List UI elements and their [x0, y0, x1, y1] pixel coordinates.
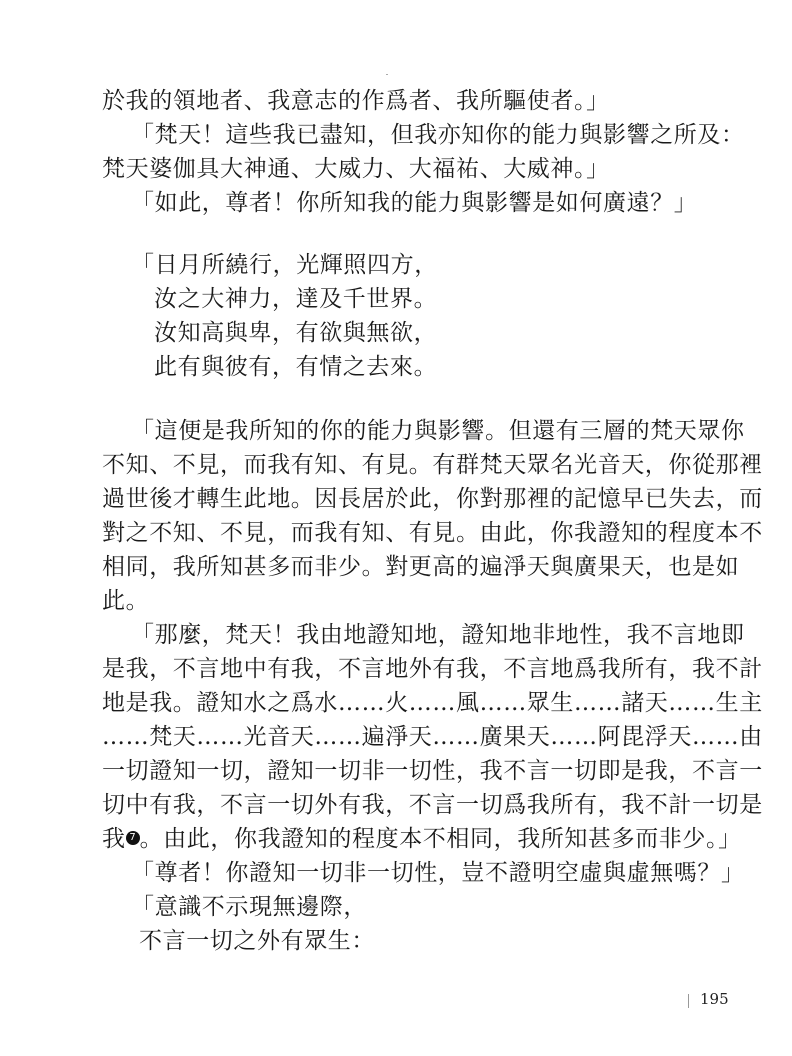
text-line: 「梵天！這些我已盡知，但我亦知你的能力與影響之所及： — [102, 118, 712, 152]
verse-line: 此有與彼有，有情之去來。 — [102, 350, 712, 384]
text-line: 「如此，尊者！你所知我的能力與影響是如何廣遠？」 — [102, 186, 712, 220]
text-line: 地是我。證知水之爲水……火……風……眾生……諸天……生主 — [102, 686, 712, 720]
text-line: ……梵天……光音天……遍淨天……廣果天……阿毘浮天……由 — [102, 720, 712, 754]
text-line: 相同，我所知甚多而非少。對更高的遍淨天與廣果天，也是如 — [102, 550, 712, 584]
text-line: 是我，不言地中有我，不言地外有我，不言地爲我所有，我不計 — [102, 652, 712, 686]
text-line: 對之不知、不見，而我有知、有見。由此，你我證知的程度本不 — [102, 516, 712, 550]
spacer — [102, 220, 712, 248]
text-line: 一切證知一切，證知一切非一切性，我不言一切即是我，不言一 — [102, 754, 712, 788]
verse-line: 「日月所繞行，光輝照四方， — [102, 248, 712, 282]
text-line: 於我的領地者、我意志的作爲者、我所驅使者。」 — [102, 84, 712, 118]
verse-line: 「意識不示現無邊際， — [102, 890, 712, 924]
text-line: 梵天婆伽具大神通、大威力、大福祐、大威神。」 — [102, 152, 712, 186]
spacer — [102, 384, 712, 414]
text-line: 「這便是我所知的你的能力與影響。但還有三層的梵天眾你 — [102, 414, 712, 448]
verse-line: 不言一切之外有眾生： — [102, 924, 712, 958]
text-line: 此。 — [102, 584, 712, 618]
text-fragment: 我 — [102, 826, 126, 852]
scan-speck — [386, 74, 388, 75]
footnote-marker[interactable]: 7 — [126, 831, 140, 845]
text-line: 過世後才轉生此地。因長居於此，你對那裡的記憶早已失去，而 — [102, 482, 712, 516]
page-body: 於我的領地者、我意志的作爲者、我所驅使者。」 「梵天！這些我已盡知，但我亦知你的… — [102, 84, 712, 958]
folio-divider — [688, 994, 689, 1008]
verse-line: 汝知高與卑，有欲與無欲， — [102, 316, 712, 350]
text-line: 我7。由此，你我證知的程度本不相同，我所知甚多而非少。」 — [102, 822, 712, 856]
text-line: 不知、不見，而我有知、有見。有群梵天眾名光音天，你從那裡 — [102, 448, 712, 482]
text-line: 切中有我，不言一切外有我，不言一切爲我所有，我不計一切是 — [102, 788, 712, 822]
page-number: 195 — [700, 990, 729, 1008]
text-line: 「尊者！你證知一切非一切性，豈不證明空虛與虛無嗎？」 — [102, 856, 712, 890]
verse-line: 汝之大神力，達及千世界。 — [102, 282, 712, 316]
text-fragment: 。由此，你我證知的程度本不相同，我所知甚多而非少。」 — [140, 826, 742, 852]
text-line: 「那麼，梵天！我由地證知地，證知地非地性，我不言地即 — [102, 618, 712, 652]
